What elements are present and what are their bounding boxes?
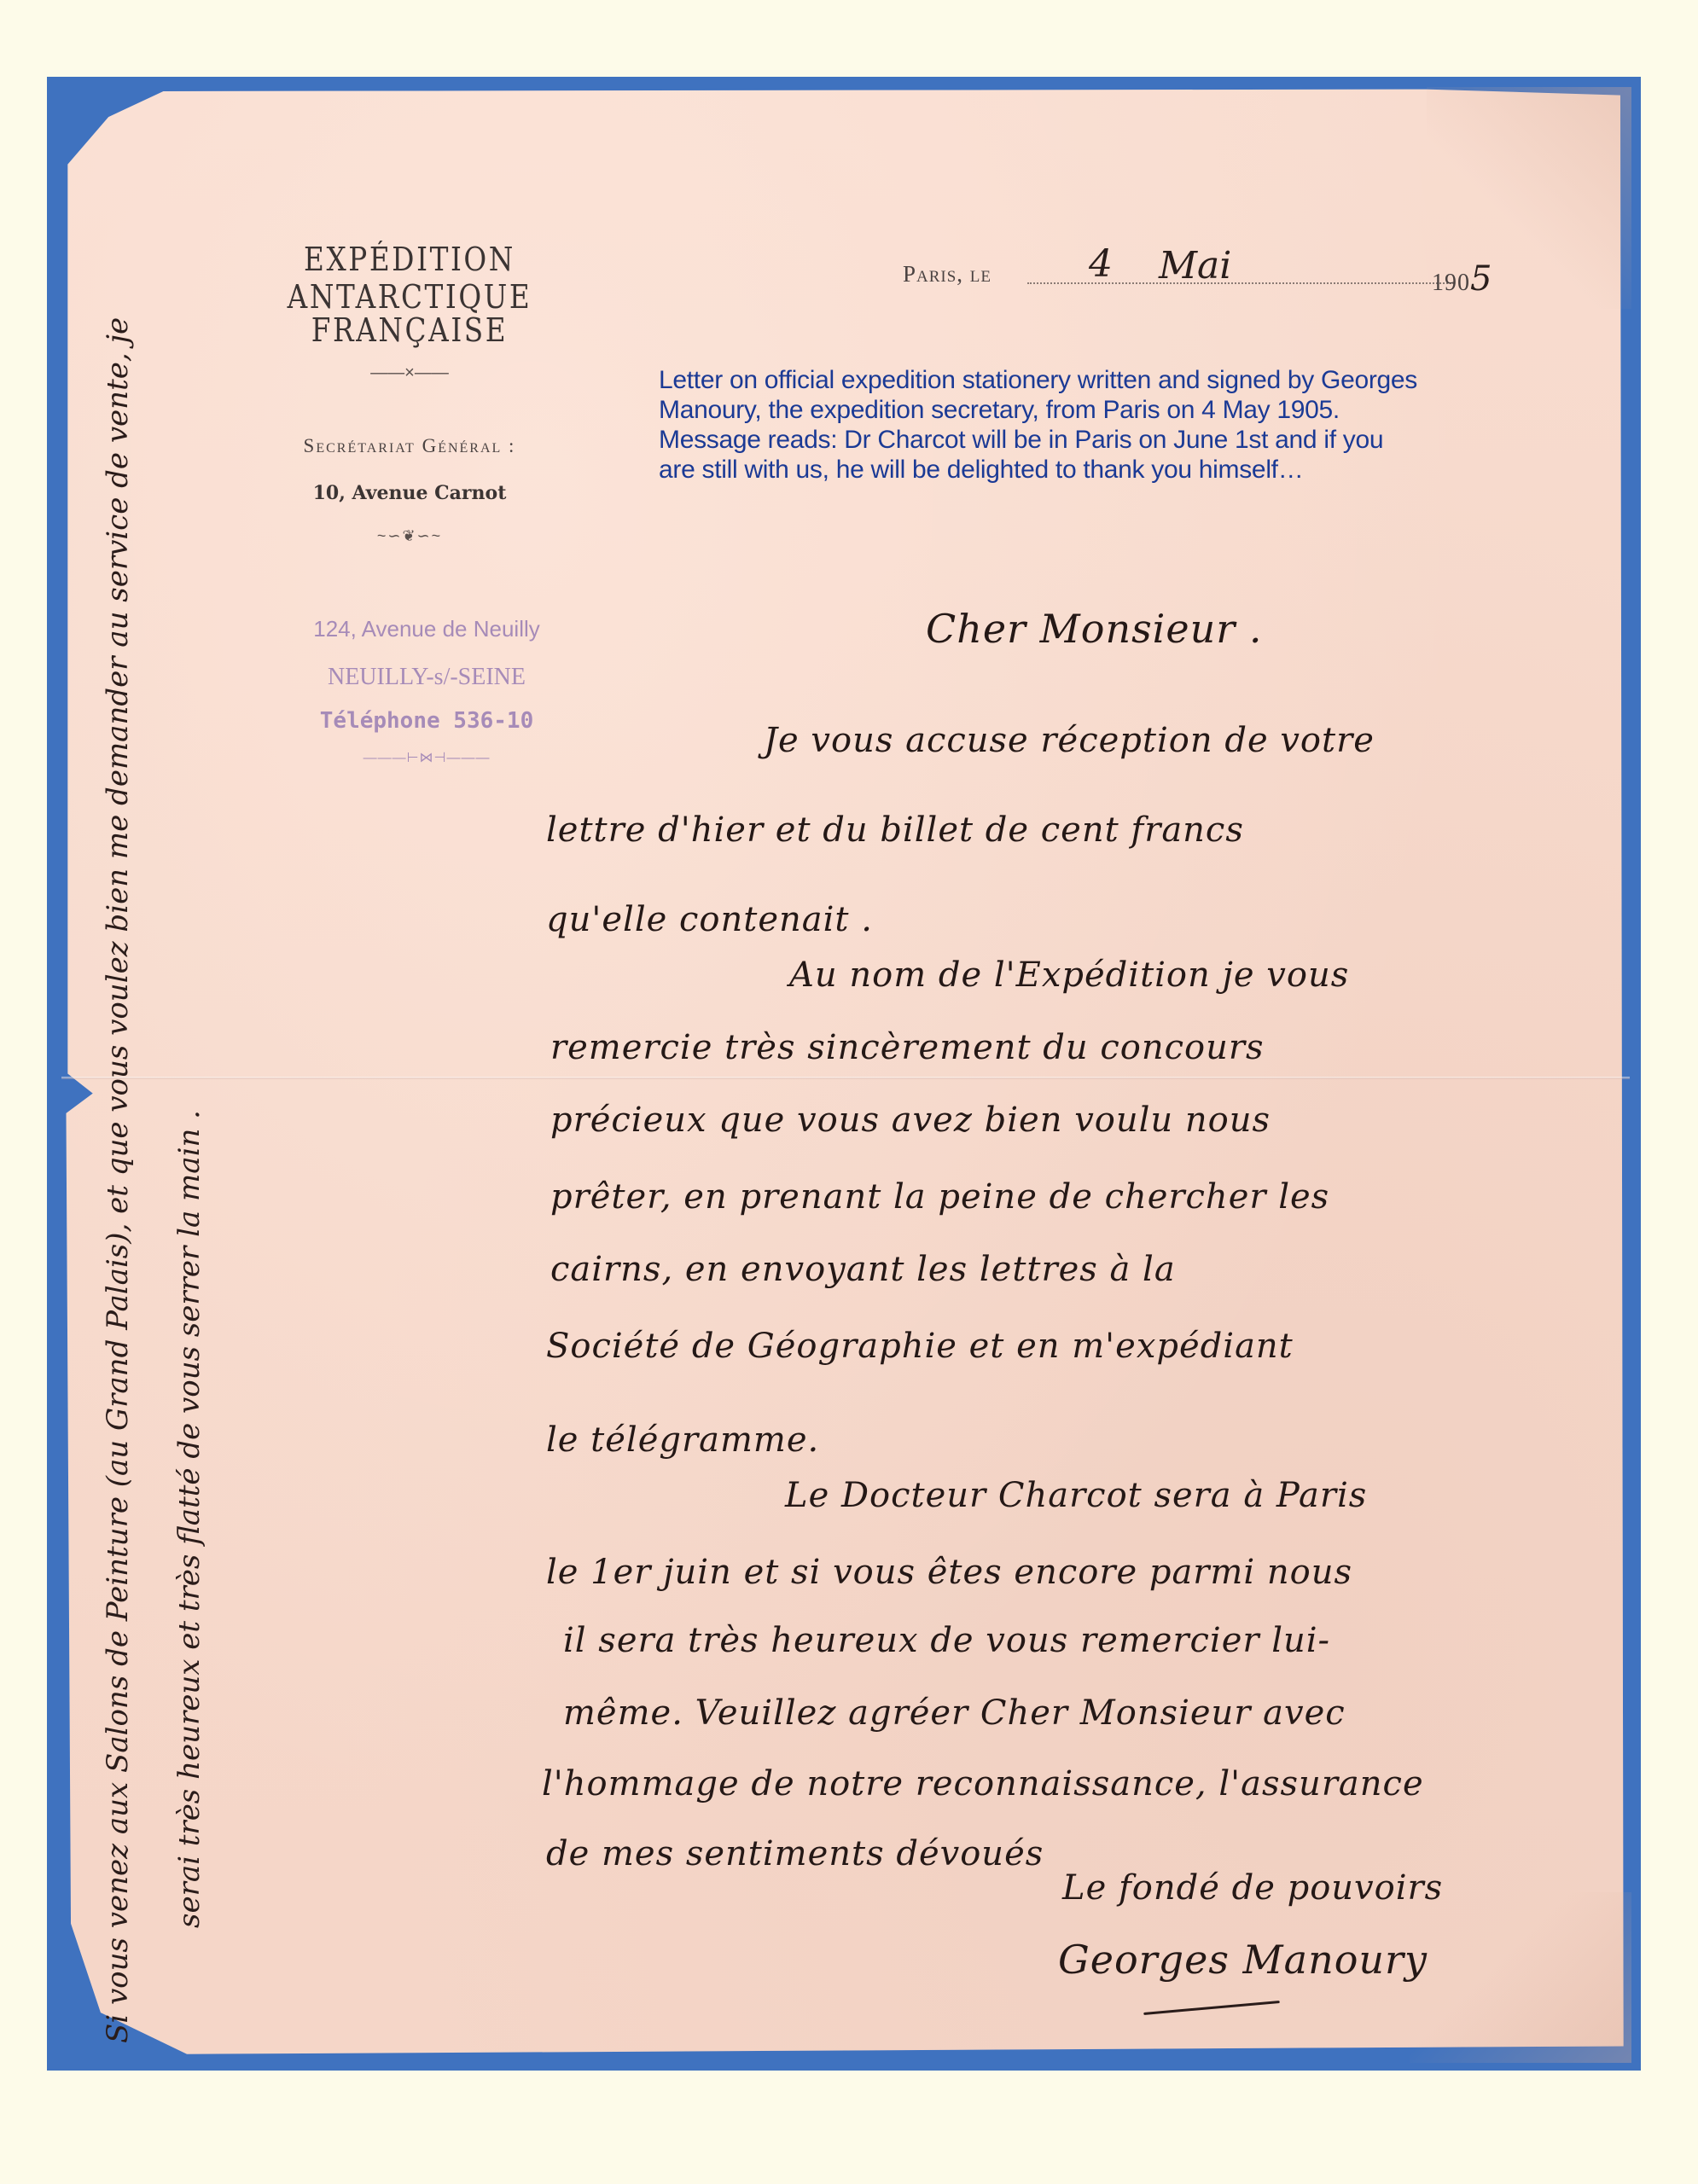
letterhead-title-line2: FRANÇAISE [189,311,630,349]
secretariat-label: Secrétariat Général : [154,435,666,457]
letterhead-address: 10, Avenue Carnot [154,482,666,504]
letterhead-title: EXPÉDITION ANTARCTIQUE [189,241,630,316]
date-year-printed: 190 [1432,270,1470,296]
letter-line: prêter, en prenant la peine de chercher … [550,1177,1329,1217]
letter-line: il sera très heureux de vous remercier l… [563,1621,1330,1660]
dateline-prefix: Paris, le [903,261,991,288]
letter-line: remercie très sincèrement du concours [550,1028,1265,1067]
dateline: Paris, le 4 Mai 1905 [903,254,1551,297]
letter-line: Je vous accuse réception de votre [764,721,1375,760]
letter-line: lettre d'hier et du billet de cent franc… [546,810,1244,850]
letter-closing: Le fondé de pouvoirs [1062,1868,1443,1908]
letter-line: de mes sentiments dévoués [546,1834,1044,1873]
letter-line: qu'elle contenait . [546,900,873,939]
flourish-ornament-icon: ~∽❦∽~ [154,527,666,545]
letter-line: l'hommage de notre reconnaissance, l'ass… [542,1764,1424,1804]
letter-line: Société de Géographie et en m'expédiant [546,1327,1294,1366]
margin-note-line2: serai très heureux et très flatté de vou… [172,1110,206,1928]
caption-line: are still with us, he will be delighted … [659,455,1563,485]
stamp-street: 124, Avenue de Neuilly [256,616,597,642]
date-month: Mai [1159,244,1231,288]
letter-line: le télégramme. [546,1420,819,1460]
letter-line: Le Docteur Charcot sera à Paris [785,1476,1367,1515]
caption-line: Manoury, the expedition secretary, from … [659,395,1563,425]
caption-line: Message reads: Dr Charcot will be in Par… [659,425,1563,455]
horizontal-fold-crease [61,1077,1630,1079]
caption-annotation: Letter on official expedition stationery… [659,365,1563,485]
stamp-city: NEUILLY-s/-SEINE [256,664,597,691]
letter-line: précieux que vous avez bien voulu nous [550,1101,1271,1140]
signature: Georges Manoury [1058,1937,1428,1983]
date-year-handwritten: 5 [1470,259,1492,299]
letter-line: Au nom de l'Expédition je vous [789,955,1349,995]
letter-line: le 1er juin et si vous êtes encore parmi… [546,1553,1352,1592]
letter-salutation: Cher Monsieur . [926,606,1262,652]
date-day: 4 [1089,242,1113,286]
caption-line: Letter on official expedition stationery… [659,365,1563,395]
date-year: 1905 [1432,259,1492,299]
letter-line: même. Veuillez agréer Cher Monsieur avec [563,1693,1346,1733]
paper-fold-shadow [1410,1892,1631,2063]
stamp-ornament-icon: ———⊢⋈⊣——— [256,749,597,766]
divider-ornament-icon: ——×—— [154,363,666,383]
stamp-telephone: Téléphone 536-10 [256,708,597,734]
letter-line: cairns, en envoyant les lettres à la [550,1250,1176,1289]
margin-note-line1: Si vous venez aux Salons de Peinture (au… [101,317,135,2043]
